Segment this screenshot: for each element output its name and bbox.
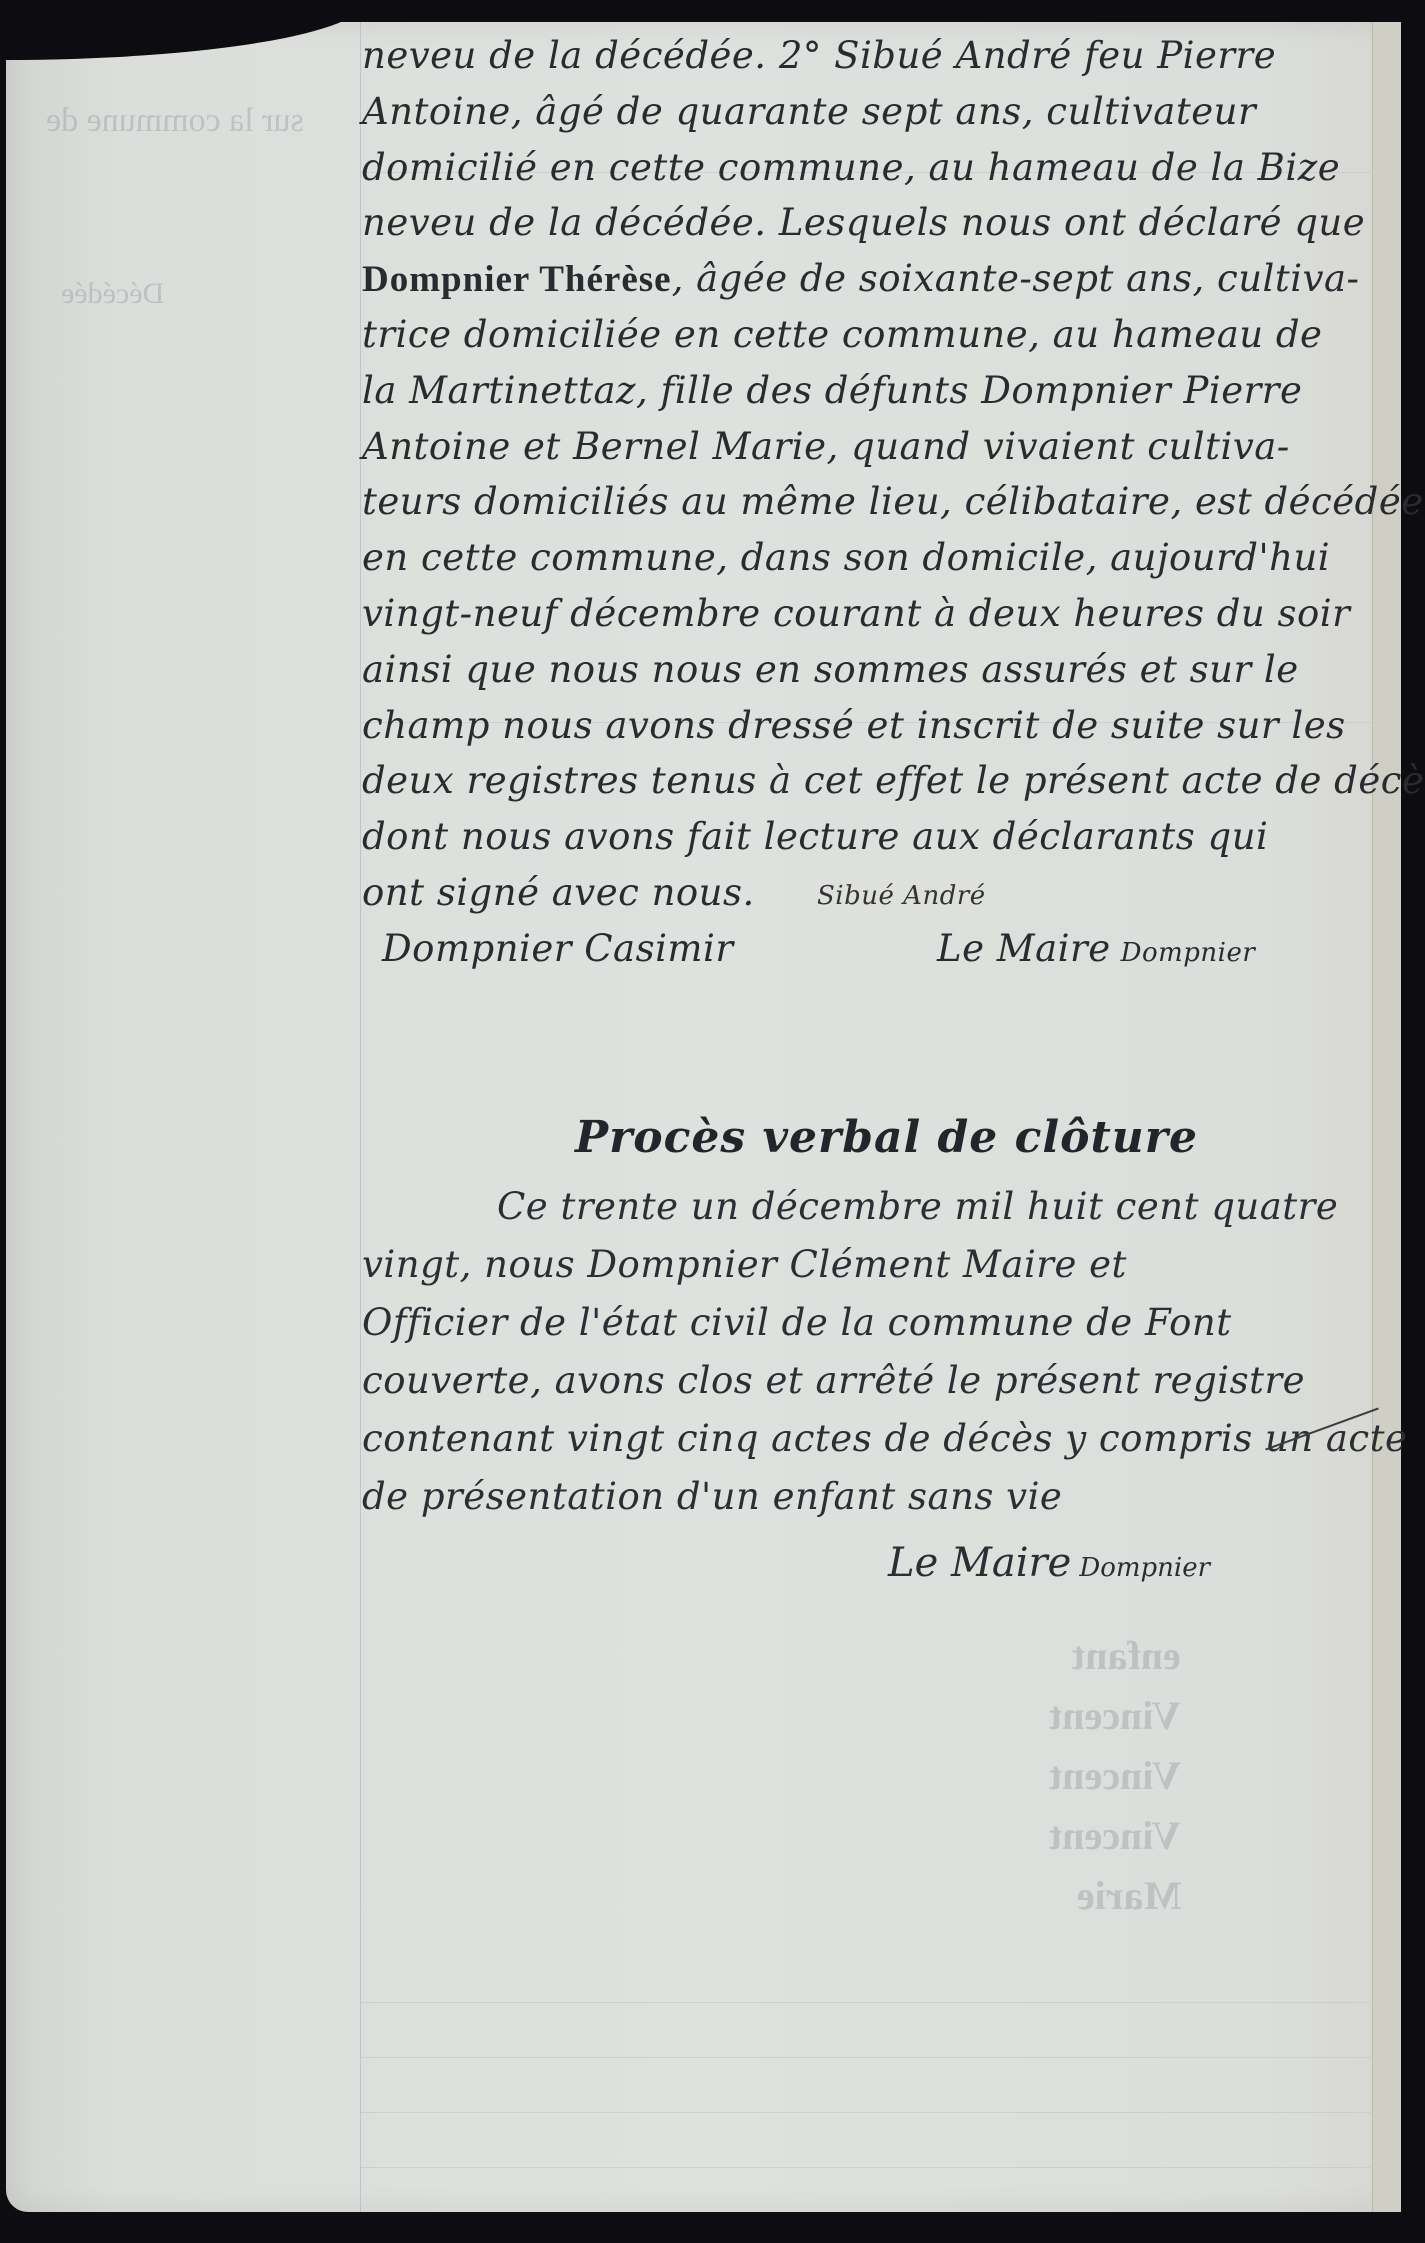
record-line: deux registres tenus à cet effet le prés… — [362, 753, 1372, 809]
closing-mayor-label: Le Maire — [888, 1540, 1071, 1586]
bleed-through-list-item: Marie — [1077, 1872, 1181, 1919]
margin-rule — [360, 22, 361, 2212]
ruled-line — [361, 2057, 1371, 2058]
record-line-rest: , âgée de soixante-sept ans, cultiva- — [672, 257, 1360, 300]
closing-line: contenant vingt cinq actes de décès y co… — [362, 1410, 1372, 1468]
signature-mayor: Le MaireDompnier — [937, 921, 1255, 982]
death-record-text: neveu de la décédée. 2° Sibué André feu … — [362, 28, 1372, 977]
record-line: domicilié en cette commune, au hameau de… — [362, 140, 1372, 196]
closing-line: vingt, nous Dompnier Clément Maire et — [362, 1236, 1372, 1294]
record-line: la Martinettaz, fille des défunts Dompni… — [362, 363, 1372, 419]
closing-line: de présentation d'un enfant sans vie — [362, 1468, 1372, 1526]
bleed-through-list-item: Vincent — [1049, 1812, 1181, 1859]
closing-signature: Le MaireDompnier — [888, 1540, 1210, 1586]
ruled-line — [361, 2167, 1371, 2168]
record-line: neveu de la décédée. 2° Sibué André feu … — [362, 28, 1372, 84]
closing-line: Ce trente un décembre mil huit cent quat… — [362, 1178, 1372, 1236]
closing-heading: Procès verbal de clôture — [575, 1112, 1198, 1163]
record-line: ainsi que nous nous en sommes assurés et… — [362, 642, 1372, 698]
page-edge — [1372, 22, 1401, 2212]
closing-line: couverte, avons clos et arrêté le présen… — [362, 1352, 1372, 1410]
mayor-name: Dompnier — [1121, 938, 1256, 968]
record-line: teurs domiciliés au même lieu, célibatai… — [362, 474, 1372, 530]
record-line: Antoine, âgé de quarante sept ans, culti… — [362, 84, 1372, 140]
bleed-through-list-item: enfant — [1072, 1632, 1181, 1679]
record-line-deceased: Dompnier Thérèse, âgée de soixante-sept … — [362, 251, 1372, 307]
signature-row: Sibué André Dompnier Casimir Le MaireDom… — [362, 921, 1372, 977]
closing-mayor-name: Dompnier — [1079, 1553, 1210, 1583]
record-line: trice domiciliée en cette commune, au ha… — [362, 307, 1372, 363]
record-line: Antoine et Bernel Marie, quand vivaient … — [362, 419, 1372, 475]
signature-witness-2: Sibué André — [817, 869, 986, 925]
ruled-line — [361, 2112, 1371, 2113]
record-line: dont nous avons fait lecture aux déclara… — [362, 809, 1372, 865]
signature-witness-1: Dompnier Casimir — [382, 921, 734, 977]
record-line: en cette commune, dans son domicile, auj… — [362, 530, 1372, 586]
ruled-line — [361, 2002, 1371, 2003]
mayor-label: Le Maire — [937, 927, 1111, 970]
bleed-through-list-item: Vincent — [1049, 1692, 1181, 1739]
bleed-through-margin-mid: Décédée — [61, 277, 164, 311]
closing-line: Officier de l'état civil de la commune d… — [362, 1294, 1372, 1352]
closing-statement-text: Ce trente un décembre mil huit cent quat… — [362, 1178, 1372, 1526]
bleed-through-list-item: Vincent — [1049, 1752, 1181, 1799]
record-line: champ nous avons dressé et inscrit de su… — [362, 698, 1372, 754]
record-line: vingt-neuf décembre courant à deux heure… — [362, 586, 1372, 642]
record-line: neveu de la décédée. Lesquels nous ont d… — [362, 195, 1372, 251]
bleed-through-margin-top: sur la commune de — [46, 102, 304, 140]
deceased-name: Dompnier Thérèse — [362, 259, 672, 300]
